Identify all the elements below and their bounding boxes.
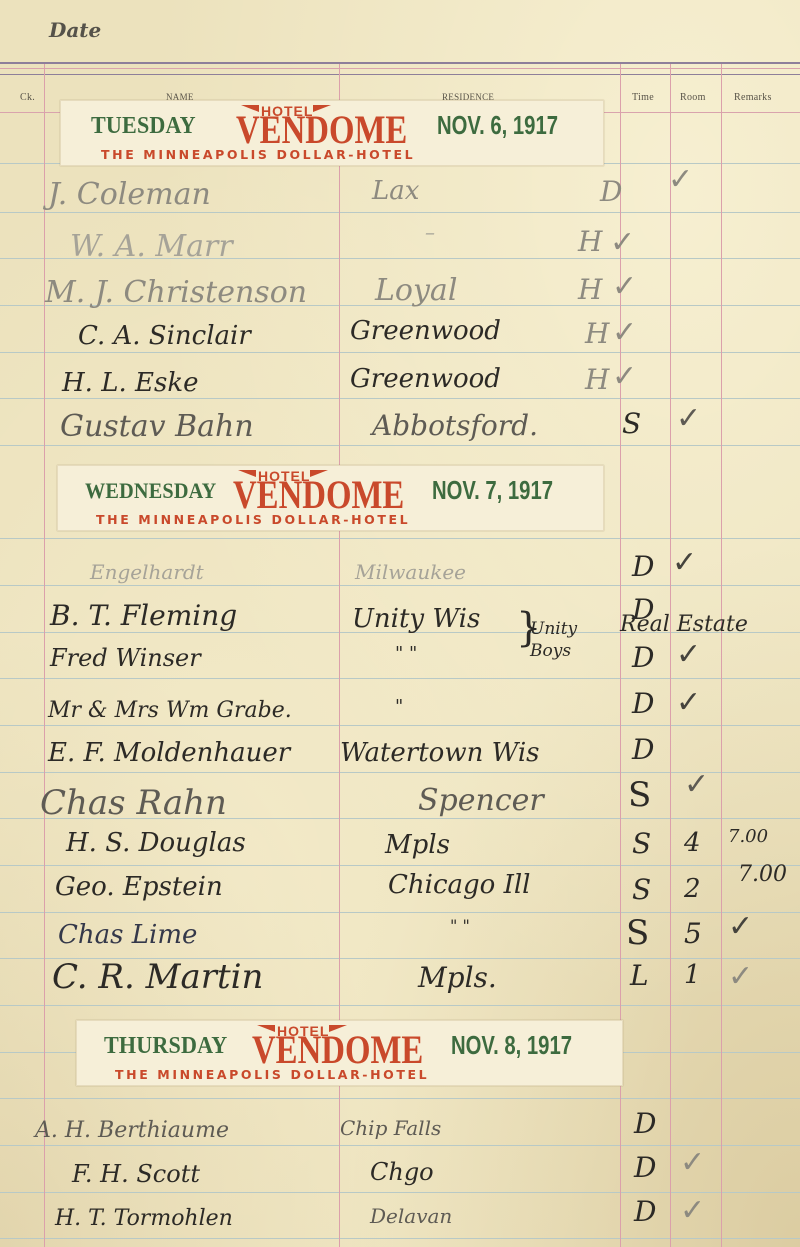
column-header-remarks: Remarks [734, 92, 772, 103]
guest-residence: Mpls. [418, 964, 497, 992]
guest-residence: " " [395, 645, 417, 663]
guest-name: A. H. Berthiaume [35, 1120, 229, 1142]
date-stamp-wednesday: WEDNESDAY HOTEL VENDOME NOV. 7, 1917 THE… [57, 465, 604, 531]
time-code: S [622, 410, 641, 438]
time-code: H [585, 320, 609, 348]
check-mark-icon: ✓ [610, 228, 635, 258]
check-mark-icon: ✓ [676, 688, 701, 718]
check-mark-icon: ✓ [728, 962, 753, 992]
column-rule [670, 64, 671, 1247]
room-number: 5 [684, 920, 702, 948]
guest-name: H. L. Eske [62, 370, 198, 396]
time-code: S [628, 778, 651, 812]
ruled-line [0, 585, 800, 586]
time-code: S [632, 876, 651, 904]
time-code: S [626, 916, 649, 950]
guest-residence: Mpls [385, 832, 450, 858]
stamp-day: THURSDAY [104, 1033, 227, 1060]
remark-note: Real Estate [620, 614, 748, 636]
guest-residence: Greenwood [350, 366, 501, 392]
guest-name: B. T. Fleming [50, 602, 237, 630]
time-code: H [578, 228, 602, 256]
ruled-line [0, 538, 800, 539]
time-code: D [600, 178, 622, 206]
guest-name: Gustav Bahn [60, 412, 254, 442]
time-code: D [634, 1154, 656, 1182]
guest-name: M. J. Christenson [45, 278, 307, 308]
time-code: D [632, 553, 654, 581]
guest-residence: Milwaukee [355, 562, 466, 582]
ruled-line [0, 912, 800, 913]
stamp-date: NOV. 8, 1917 [451, 1030, 572, 1061]
time-code: D [634, 1110, 656, 1138]
time-code: L [630, 962, 649, 990]
room-number: 2 [684, 876, 701, 902]
ruled-line [0, 212, 800, 213]
guest-name: C. R. Martin [52, 960, 263, 994]
time-code: S [632, 830, 651, 858]
bracket-note: Unity Boys [530, 618, 590, 662]
stamp-date: NOV. 6, 1917 [437, 110, 558, 141]
check-mark-icon: ✓ [728, 912, 753, 942]
check-mark-icon: ✓ [680, 1196, 705, 1226]
guest-residence: Abbotsford. [372, 412, 538, 440]
guest-residence: " " [450, 918, 470, 934]
stamp-tagline: THE MINNEAPOLIS DOLLAR-HOTEL [96, 512, 410, 527]
column-rule [44, 64, 45, 1247]
guest-name: Chas Lime [58, 922, 197, 948]
guest-residence: Greenwood [350, 318, 501, 344]
guest-residence: Chip Falls [340, 1118, 441, 1138]
guest-name: H. S. Douglas [66, 830, 246, 856]
guest-name: J. Coleman [48, 180, 211, 210]
guest-name: W. A. Marr [70, 232, 233, 262]
ruled-line [0, 352, 800, 353]
ruled-line [0, 772, 800, 773]
time-code: D [632, 644, 654, 672]
ruled-line [0, 1098, 800, 1099]
guest-name: F. H. Scott [72, 1162, 200, 1186]
guest-residence: Watertown Wis [340, 740, 540, 766]
check-mark-icon: ✓ [676, 404, 701, 434]
guest-residence: Chicago Ill [388, 872, 530, 898]
time-code: D [634, 1198, 656, 1226]
ruled-line [0, 398, 800, 399]
ruled-line [0, 1005, 800, 1006]
guest-name: E. F. Moldenhauer [48, 740, 290, 766]
column-header-ck: Ck. [20, 92, 35, 103]
check-mark-icon: ✓ [672, 548, 697, 578]
time-code: D [632, 736, 654, 764]
column-header-time: Time [632, 92, 654, 103]
stamp-hotel-name: VENDOME [252, 1030, 423, 1070]
check-mark-icon: ✓ [612, 272, 637, 302]
remark-amount: 7.00 [738, 862, 787, 887]
header-rule [0, 68, 800, 69]
stamp-hotel-name: VENDOME [236, 110, 407, 150]
stamp-day: TUESDAY [91, 113, 196, 140]
stamp-day: WEDNESDAY [85, 478, 216, 504]
register-page: Date Ck. NAME RESIDENCE Time Room Remark… [0, 0, 800, 1247]
stamp-date: NOV. 7, 1917 [432, 475, 553, 506]
guest-residence: Lax [372, 178, 419, 204]
date-label: Date [49, 18, 101, 42]
remark-amount: 7.00 [728, 826, 768, 847]
header-rule [0, 74, 800, 75]
header-rule [0, 62, 800, 64]
guest-residence: " [395, 698, 403, 716]
column-header-room: Room [680, 92, 706, 103]
column-rule [721, 64, 722, 1247]
check-mark-icon: ✓ [680, 1148, 705, 1178]
guest-residence: Delavan [370, 1206, 452, 1226]
ruled-line [0, 445, 800, 446]
guest-name: H. T. Tormohlen [55, 1208, 233, 1230]
date-stamp-tuesday: TUESDAY HOTEL VENDOME NOV. 6, 1917 THE M… [60, 100, 604, 166]
ruled-line [0, 678, 800, 679]
ruled-line [0, 1238, 800, 1239]
guest-name: Geo. Epstein [55, 874, 223, 900]
room-number: 1 [684, 962, 701, 988]
check-mark-icon: ✓ [676, 640, 701, 670]
time-code: H [578, 276, 602, 304]
guest-name: Engelhardt [90, 562, 204, 582]
guest-name: Fred Winser [50, 646, 201, 670]
guest-residence: Unity Wis [352, 606, 480, 632]
stamp-hotel-name: VENDOME [233, 475, 404, 515]
check-mark-icon: ✓ [684, 770, 709, 800]
stamp-tagline: THE MINNEAPOLIS DOLLAR-HOTEL [101, 147, 415, 162]
stamp-tagline: THE MINNEAPOLIS DOLLAR-HOTEL [115, 1067, 429, 1082]
date-stamp-thursday: THURSDAY HOTEL VENDOME NOV. 8, 1917 THE … [76, 1020, 623, 1086]
guest-name: Mr & Mrs Wm Grabe. [48, 700, 292, 722]
guest-residence: Loyal [375, 276, 457, 306]
time-code: D [632, 690, 654, 718]
time-code: H [585, 366, 609, 394]
guest-residence: Chgo [370, 1160, 434, 1184]
ruled-line [0, 725, 800, 726]
guest-name: Chas Rahn [40, 786, 227, 820]
check-mark-icon: ✓ [668, 165, 693, 195]
guest-name: C. A. Sinclair [78, 323, 251, 349]
room-number: 4 [684, 830, 701, 856]
check-mark-icon: ✓ [612, 318, 637, 348]
ruled-line [0, 865, 800, 866]
guest-residence: – [425, 222, 435, 242]
guest-residence: Spencer [418, 786, 544, 816]
check-mark-icon: ✓ [612, 362, 637, 392]
